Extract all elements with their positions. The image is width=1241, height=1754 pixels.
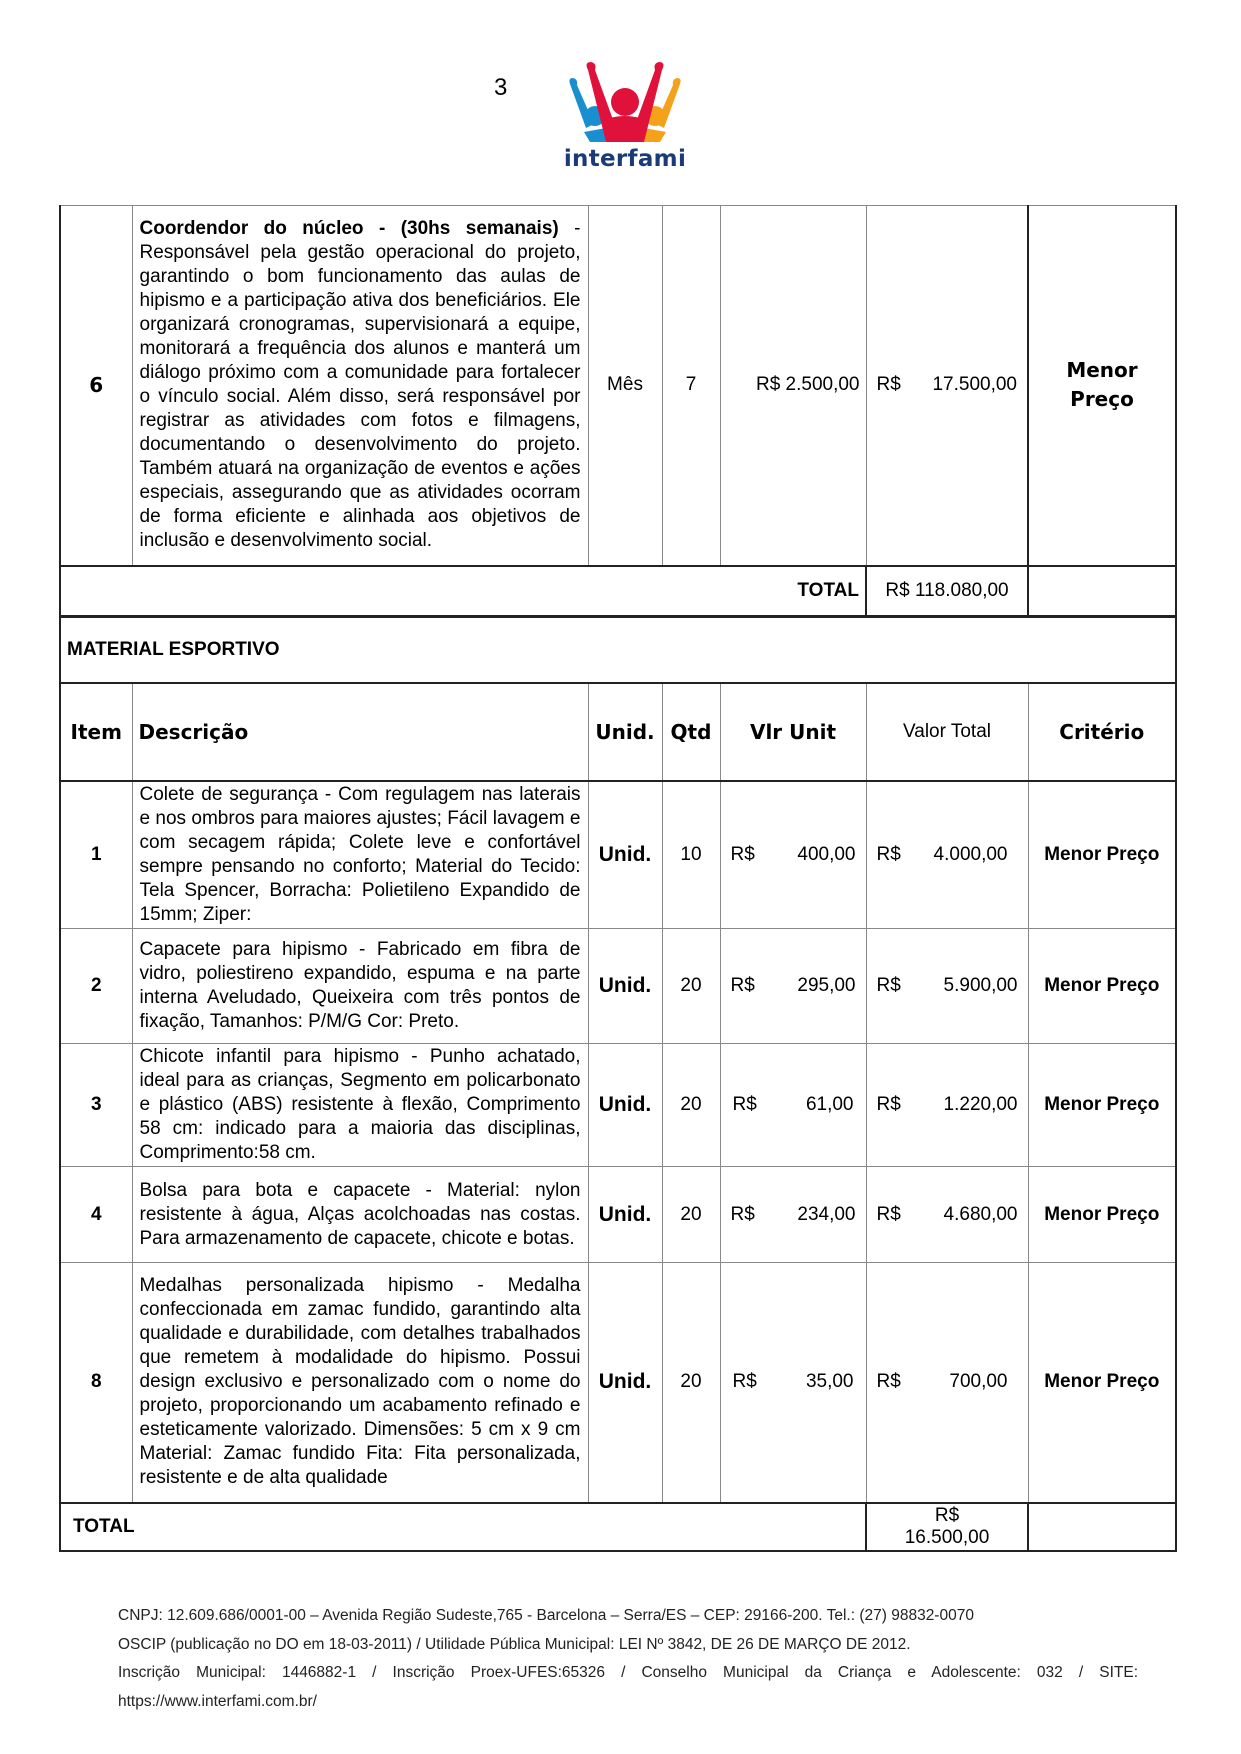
total-value: 700,00 — [949, 1370, 1007, 1394]
column-header-unit: Unid. — [588, 683, 662, 781]
total-cell: R$700,00 — [866, 1263, 1028, 1503]
unit-cell: Unid. — [588, 1044, 662, 1167]
table-row: 4 Bolsa para bota e capacete - Material:… — [60, 1167, 1176, 1263]
total-value: 5.900,00 — [944, 974, 1018, 998]
grand-total-currency: R$ — [873, 1505, 1021, 1527]
total-cell: R$5.900,00 — [866, 929, 1028, 1044]
qty-cell: 10 — [662, 781, 720, 929]
interfami-logo: interfami — [560, 62, 690, 177]
unit-cell: Unid. — [588, 1167, 662, 1263]
sports-material-table: MATERIAL ESPORTIVO Item Descrição Unid. … — [59, 616, 1177, 1552]
total-cell: R$4.000,00 — [866, 781, 1028, 929]
unit-price-cell: R$400,00 — [720, 781, 866, 929]
item-description: Capacete para hipismo - Fabricado em fib… — [132, 929, 588, 1044]
unit-price-cell: R$35,00 — [720, 1263, 866, 1503]
currency: R$ — [877, 843, 901, 867]
currency: R$ — [731, 1203, 755, 1227]
column-header-total: Valor Total — [866, 683, 1028, 781]
column-header-item: Item — [60, 683, 132, 781]
item-number: 2 — [60, 929, 132, 1044]
total-label: TOTAL — [60, 1503, 866, 1551]
item-number: 4 — [60, 1167, 132, 1263]
footer: CNPJ: 12.609.686/0001-00 – Avenida Regiã… — [118, 1602, 1138, 1716]
total-currency: R$ — [877, 373, 901, 397]
total-cell: R$4.680,00 — [866, 1167, 1028, 1263]
unit-cell: Unid. — [588, 781, 662, 929]
criteria-cell: Menor Preço — [1028, 1044, 1176, 1167]
header-row: Item Descrição Unid. Qtd Vlr Unit Valor … — [60, 683, 1176, 781]
currency: R$ — [877, 1370, 901, 1394]
currency: R$ — [877, 1093, 901, 1117]
footer-address: CNPJ: 12.609.686/0001-00 – Avenida Regiã… — [118, 1602, 1138, 1631]
criteria-cell: Menor Preço — [1028, 929, 1176, 1044]
description-title: Coordendor do núcleo - (30hs semanais) — [140, 218, 559, 239]
unit-cell: Unid. — [588, 1263, 662, 1503]
grand-total-value: R$ 118.080,00 — [866, 566, 1028, 616]
unit-price-cell: R$234,00 — [720, 1167, 866, 1263]
section-title-row: MATERIAL ESPORTIVO — [60, 617, 1176, 683]
total-cell: R$17.500,00 — [866, 206, 1028, 566]
page-number: 3 — [494, 74, 507, 102]
unit-cell: Unid. — [588, 929, 662, 1044]
item-description: Coordendor do núcleo - (30hs semanais) -… — [132, 206, 588, 566]
currency: R$ — [731, 974, 755, 998]
column-header-unit-price: Vlr Unit — [720, 683, 866, 781]
currency: R$ — [733, 1370, 757, 1394]
total-label: TOTAL — [60, 566, 866, 616]
section-title: MATERIAL ESPORTIVO — [60, 617, 1176, 683]
empty-cell — [1028, 1503, 1176, 1551]
criteria-cell: Menor Preço — [1028, 1263, 1176, 1503]
item-number: 3 — [60, 1044, 132, 1167]
criteria-cell: Menor Preço — [1028, 1167, 1176, 1263]
table-row: 3 Chicote infantil para hipismo - Punho … — [60, 1044, 1176, 1167]
item-number: 1 — [60, 781, 132, 929]
column-header-criteria: Critério — [1028, 683, 1176, 781]
footer-inscriptions: Inscrição Municipal: 1446882-1 / Inscriç… — [118, 1659, 1138, 1688]
unit-price-cell: R$61,00 — [720, 1044, 866, 1167]
unit-price-value: 35,00 — [806, 1370, 854, 1394]
table-row: 1 Colete de segurança - Com regulagem na… — [60, 781, 1176, 929]
empty-cell — [1028, 566, 1176, 616]
criteria-cell: Menor Preço — [1028, 781, 1176, 929]
total-value: 4.000,00 — [934, 843, 1008, 867]
total-row: TOTAL R$ 118.080,00 — [60, 566, 1176, 616]
personnel-table: 6 Coordendor do núcleo - (30hs semanais)… — [59, 205, 1177, 617]
criteria-cell: Menor Preço — [1028, 206, 1176, 566]
qty-cell: 7 — [662, 206, 720, 566]
people-logo-icon — [564, 62, 686, 146]
grand-total-value: 16.500,00 — [873, 1527, 1021, 1549]
qty-cell: 20 — [662, 1167, 720, 1263]
logo-wordmark: interfami — [560, 146, 690, 172]
item-number: 6 — [60, 206, 132, 566]
currency: R$ — [733, 1093, 757, 1117]
item-description: Colete de segurança - Com regulagem nas … — [132, 781, 588, 929]
footer-website-link[interactable]: https://www.interfami.com.br/ — [118, 1688, 1138, 1717]
unit-price-cell: R$ 2.500,00 — [720, 206, 866, 566]
column-header-description: Descrição — [132, 683, 588, 781]
total-value: 4.680,00 — [944, 1203, 1018, 1227]
table-row: 6 Coordendor do núcleo - (30hs semanais)… — [60, 206, 1176, 566]
item-description: Medalhas personalizada hipismo - Medalha… — [132, 1263, 588, 1503]
table-row: 8 Medalhas personalizada hipismo - Medal… — [60, 1263, 1176, 1503]
grand-total-cell: R$16.500,00 — [866, 1503, 1028, 1551]
currency: R$ — [731, 843, 755, 867]
table-row: 2 Capacete para hipismo - Fabricado em f… — [60, 929, 1176, 1044]
currency: R$ — [877, 1203, 901, 1227]
qty-cell: 20 — [662, 1044, 720, 1167]
item-description: Chicote infantil para hipismo - Punho ac… — [132, 1044, 588, 1167]
total-value: 1.220,00 — [944, 1093, 1018, 1117]
currency: R$ — [877, 974, 901, 998]
unit-price-value: 295,00 — [797, 974, 855, 998]
total-row: TOTAL R$16.500,00 — [60, 1503, 1176, 1551]
column-header-qty: Qtd — [662, 683, 720, 781]
total-value: 17.500,00 — [932, 373, 1017, 397]
qty-cell: 20 — [662, 1263, 720, 1503]
item-number: 8 — [60, 1263, 132, 1503]
unit-price-value: 61,00 — [806, 1093, 854, 1117]
unit-cell: Mês — [588, 206, 662, 566]
footer-registration: OSCIP (publicação no DO em 18-03-2011) /… — [118, 1631, 1138, 1660]
total-cell: R$1.220,00 — [866, 1044, 1028, 1167]
unit-price-cell: R$295,00 — [720, 929, 866, 1044]
qty-cell: 20 — [662, 929, 720, 1044]
item-description: Bolsa para bota e capacete - Material: n… — [132, 1167, 588, 1263]
unit-price-value: 234,00 — [797, 1203, 855, 1227]
unit-price-value: 400,00 — [797, 843, 855, 867]
description-body: - Responsável pela gestão operacional do… — [140, 218, 581, 551]
